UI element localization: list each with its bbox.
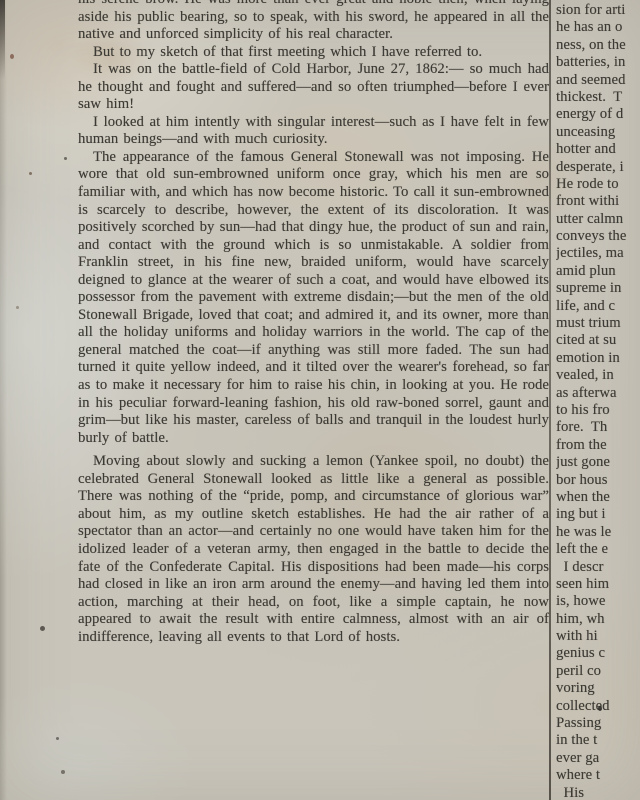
column-line-fragment: him, wh bbox=[556, 611, 640, 628]
column-line-fragment: I descr bbox=[556, 559, 640, 576]
paper-speck bbox=[56, 737, 59, 740]
article-paragraph: his serene brow. He was more than ever g… bbox=[78, 0, 549, 44]
article-paragraph: The appearance of the famous General Sto… bbox=[78, 149, 549, 447]
column-line-fragment: desperate, i bbox=[556, 159, 640, 176]
column-line-fragment: Passing bbox=[556, 715, 640, 732]
column-line-fragment: hotter and bbox=[556, 141, 640, 158]
column-line-fragment: sion for arti bbox=[556, 2, 640, 19]
paper-speck bbox=[88, 259, 90, 261]
column-line-fragment: with hi bbox=[556, 628, 640, 645]
column-line-fragment: when the bbox=[556, 489, 640, 506]
left-column: his serene brow. He was more than ever g… bbox=[78, 0, 549, 646]
column-line-fragment: ever ga bbox=[556, 750, 640, 767]
column-line-fragment: just gone bbox=[556, 454, 640, 471]
paper-speck bbox=[61, 770, 65, 774]
column-line-fragment: left the e bbox=[556, 541, 640, 558]
column-line-fragment: where t bbox=[556, 767, 640, 784]
column-line-fragment: genius c bbox=[556, 645, 640, 662]
column-line-fragment: in the t bbox=[556, 732, 640, 749]
column-line-fragment: voring bbox=[556, 680, 640, 697]
column-line-fragment: utter calmn bbox=[556, 211, 640, 228]
column-line-fragment: thickest. T bbox=[556, 89, 640, 106]
article-paragraph: I looked at him intently with singular i… bbox=[78, 114, 549, 149]
paper-speck bbox=[10, 54, 14, 59]
column-line-fragment: supreme in bbox=[556, 280, 640, 297]
column-line-fragment: from the bbox=[556, 437, 640, 454]
column-line-fragment: peril co bbox=[556, 663, 640, 680]
article-paragraph: Moving about slowly and sucking a lemon … bbox=[78, 453, 549, 646]
paper-speck bbox=[64, 157, 67, 160]
column-line-fragment: to his fro bbox=[556, 402, 640, 419]
column-line-fragment: front withi bbox=[556, 193, 640, 210]
column-line-fragment: is, howe bbox=[556, 593, 640, 610]
column-line-fragment: amid plun bbox=[556, 263, 640, 280]
paper-speck bbox=[40, 626, 45, 631]
column-line-fragment: vealed, in bbox=[556, 367, 640, 384]
column-line-fragment: batteries, in bbox=[556, 54, 640, 71]
paper-speck bbox=[29, 172, 32, 175]
scan-edge-shadow bbox=[0, 0, 5, 80]
newspaper-page: his serene brow. He was more than ever g… bbox=[0, 0, 640, 800]
column-line-fragment: jectiles, ma bbox=[556, 245, 640, 262]
column-line-fragment: He rode to bbox=[556, 176, 640, 193]
column-line-fragment: ing but i bbox=[556, 506, 640, 523]
article-paragraph: But to my sketch of that first meeting w… bbox=[78, 44, 549, 62]
column-line-fragment: cited at su bbox=[556, 332, 640, 349]
paper-speck bbox=[16, 306, 19, 309]
column-line-fragment: conveys the bbox=[556, 228, 640, 245]
column-line-fragment: seen him bbox=[556, 576, 640, 593]
column-line-fragment: ness, on the bbox=[556, 37, 640, 54]
column-line-fragment: energy of d bbox=[556, 106, 640, 123]
column-line-fragment: emotion in bbox=[556, 350, 640, 367]
column-rule bbox=[549, 0, 551, 800]
column-line-fragment: he has an o bbox=[556, 19, 640, 36]
column-line-fragment: must trium bbox=[556, 315, 640, 332]
column-line-fragment: he was le bbox=[556, 524, 640, 541]
right-column: sion for artihe has an oness, on thebatt… bbox=[556, 2, 640, 800]
column-line-fragment: bor hous bbox=[556, 472, 640, 489]
paper-speck bbox=[598, 706, 602, 711]
column-line-fragment: fore. Th bbox=[556, 419, 640, 436]
column-line-fragment: as afterwa bbox=[556, 385, 640, 402]
column-line-fragment: His bbox=[556, 785, 640, 800]
column-line-fragment: life, and c bbox=[556, 298, 640, 315]
column-line-fragment: and seemed bbox=[556, 72, 640, 89]
article-paragraph: It was on the battle-field of Cold Harbo… bbox=[78, 61, 549, 114]
column-line-fragment: unceasing bbox=[556, 124, 640, 141]
